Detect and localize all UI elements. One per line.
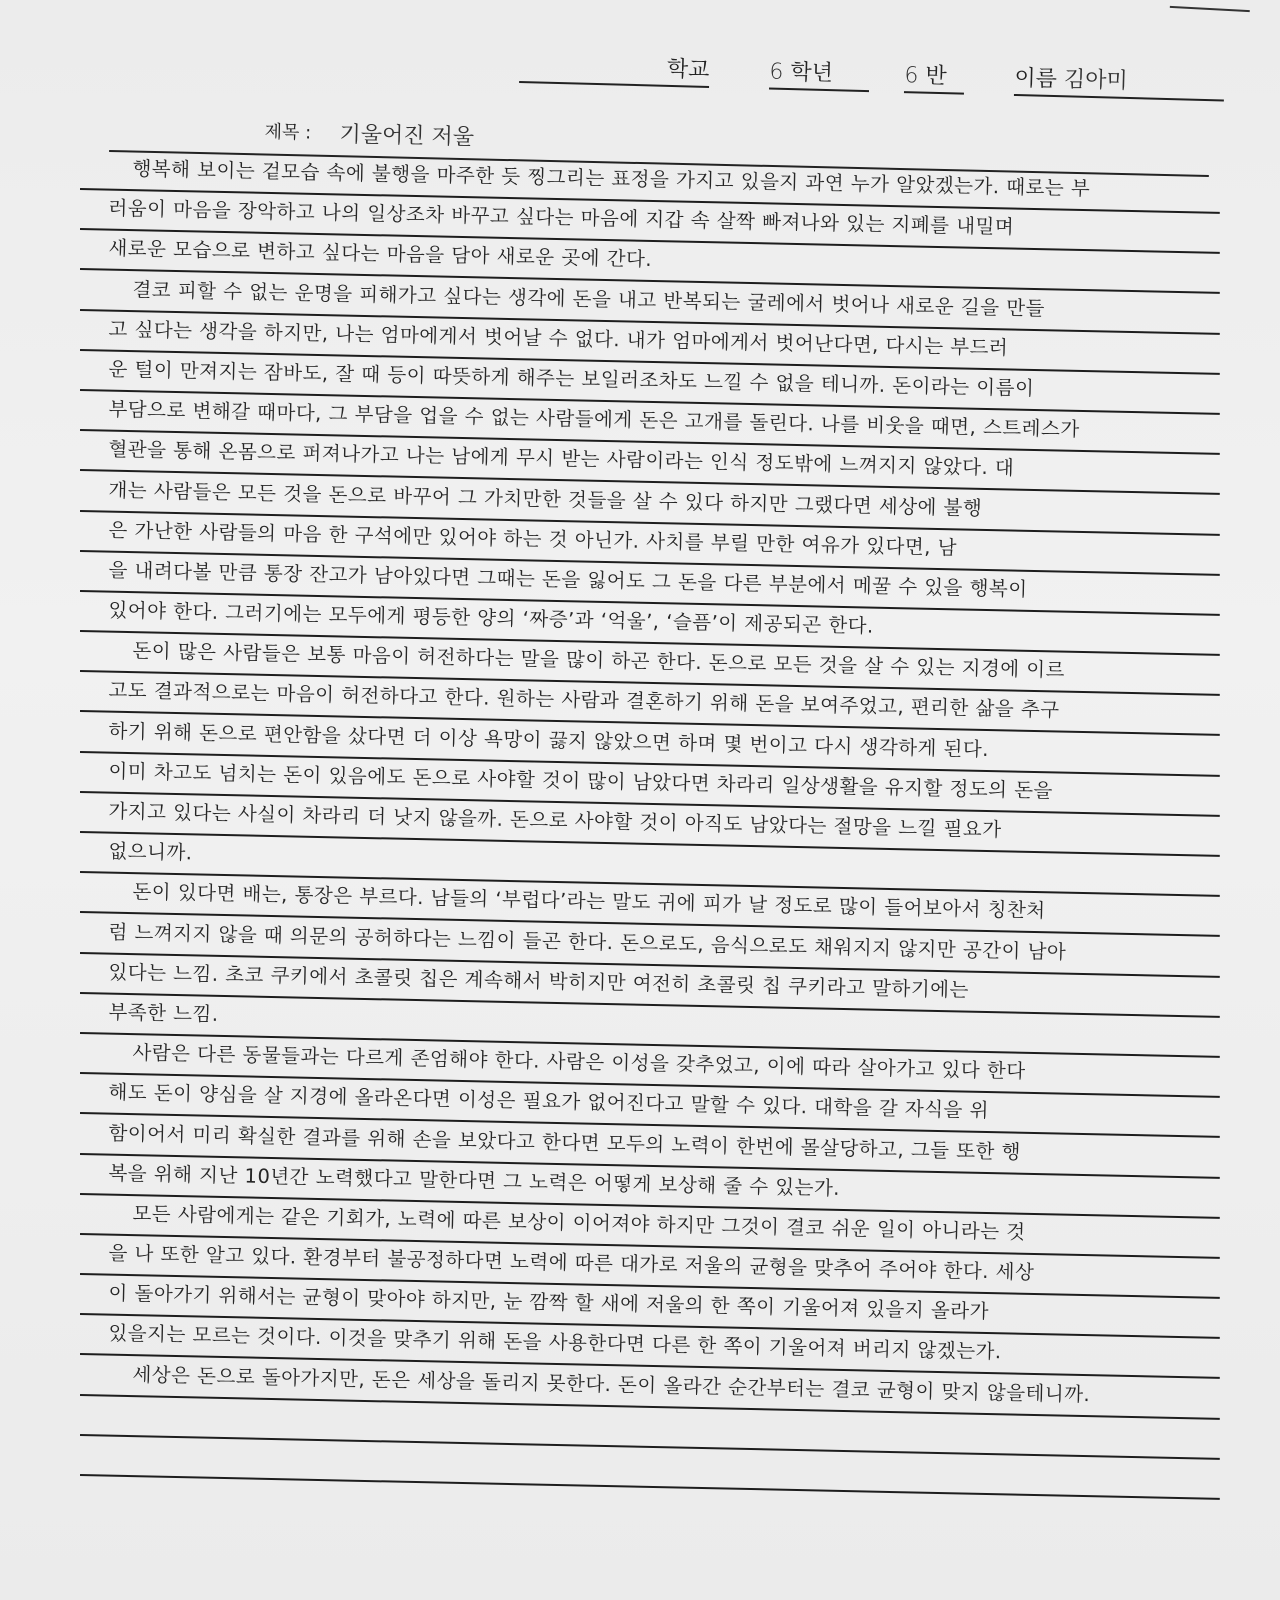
grade-field: 6 학년 [769, 55, 870, 93]
essay-paper: 학교 6 학년 6 반 이름 김아미 제목 : 기울어진 저울 행복해 보이는 … [0, 0, 1280, 1600]
paper-edge-mark [1170, 0, 1250, 12]
grade-label: 학년 [790, 60, 833, 86]
name-value: 김아미 [1064, 67, 1128, 94]
name-field: 이름 김아미 [1014, 61, 1225, 101]
essay-body: 행복해 보이는 겉모습 속에 불행을 마주한 듯 찡그리는 표정을 가지고 있을… [80, 150, 1220, 1476]
school-label: 학교 [667, 57, 710, 83]
grade-value: 6 [769, 60, 784, 85]
class-label: 반 [925, 64, 947, 90]
class-value: 6 [904, 63, 919, 88]
class-field: 6 반 [904, 58, 965, 95]
essay-line-text [80, 1460, 108, 1461]
essay-line-text [80, 1420, 108, 1421]
essay-line-text: 부족한 느낌. [80, 994, 219, 1033]
essay-line-text: 없으니까. [80, 833, 193, 871]
school-field: 학교 [519, 48, 710, 88]
title-label: 제목 : [264, 118, 311, 145]
name-label: 이름 [1014, 66, 1057, 92]
student-info-header: 학교 6 학년 6 반 이름 김아미 [518, 48, 1239, 127]
essay-title: 기울어진 저울 [339, 117, 474, 151]
